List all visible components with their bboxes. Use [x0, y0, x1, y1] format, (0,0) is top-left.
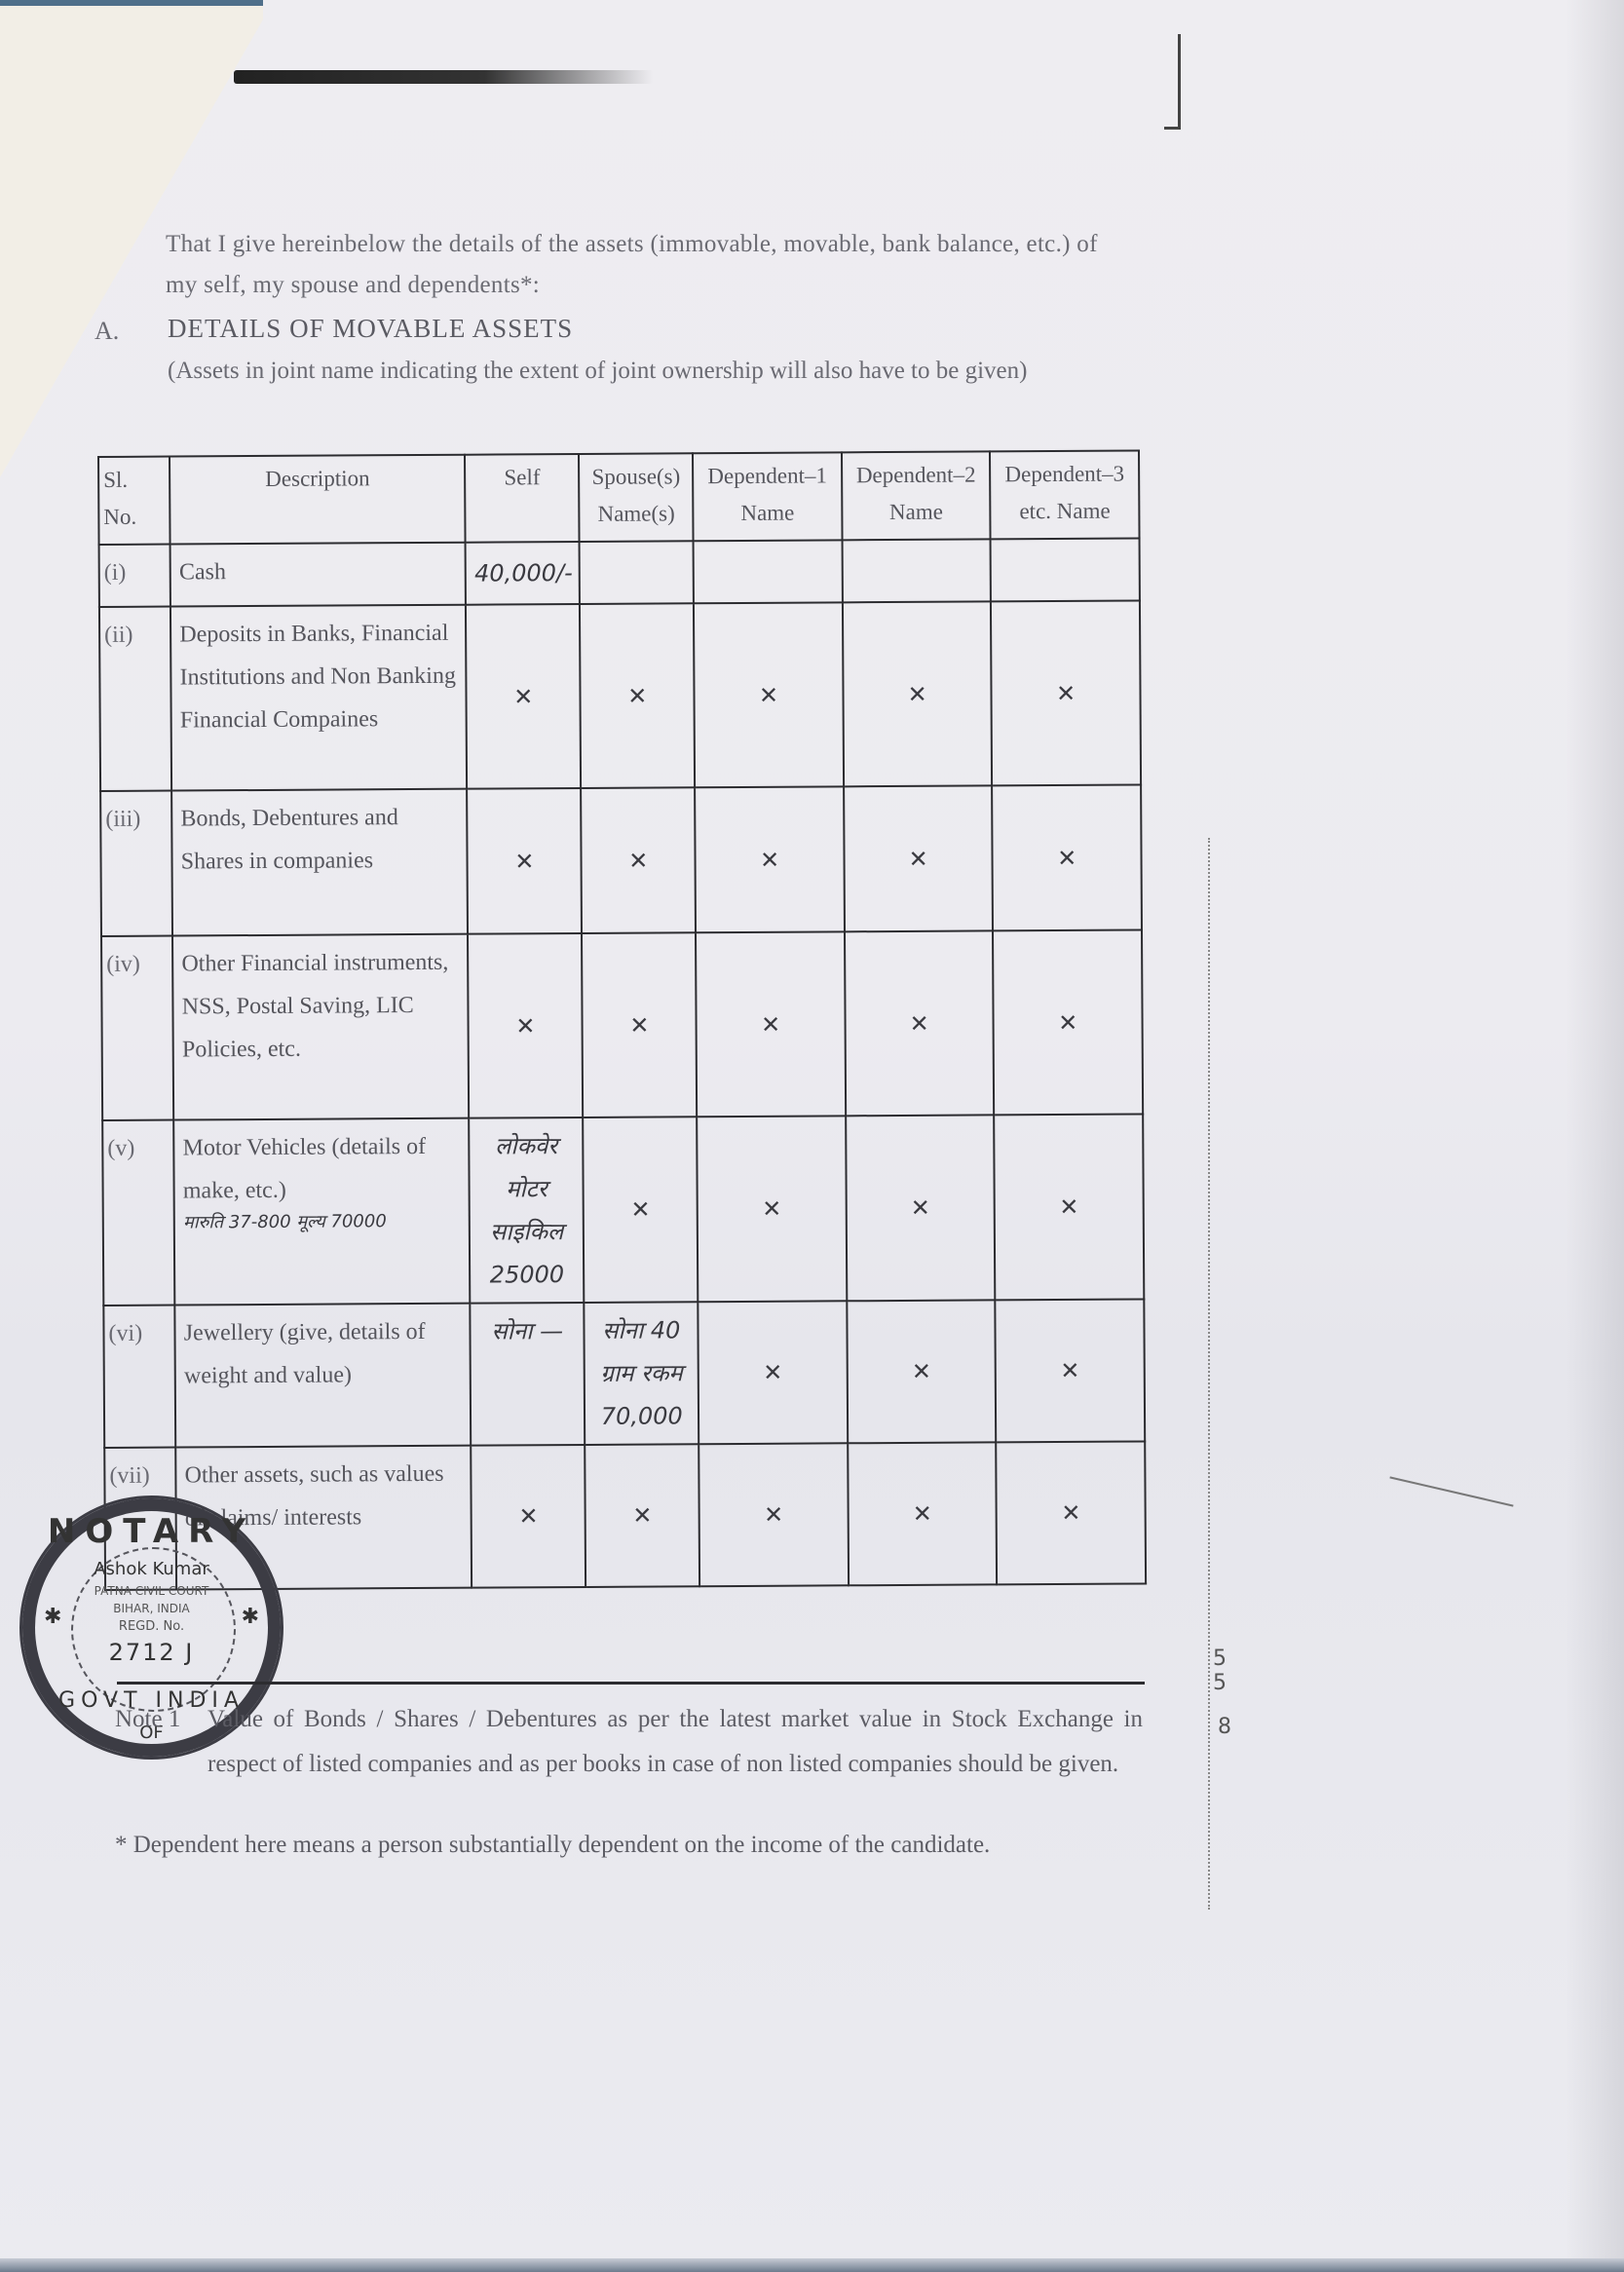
dependent-footnote: * Dependent here means a person substant… [115, 1826, 1167, 1865]
scan-bottom-edge [0, 2258, 1624, 2272]
table-row: (iv) Other Financial instruments, NSS, P… [101, 929, 1143, 1120]
cell-description: Deposits in Banks, Financial Institution… [170, 605, 467, 791]
cell-spouse: ✕ [580, 603, 695, 788]
cell-dependent-3: ✕ [991, 600, 1141, 785]
cell-self: लोकवेर मोटर साइकिल 25000 [469, 1117, 584, 1304]
cell-spouse: ✕ [585, 1444, 699, 1587]
margin-mark: 5 [1213, 1671, 1227, 1695]
star-icon: ✱ [44, 1604, 61, 1629]
intro-paragraph: That I give hereinbelow the details of t… [166, 224, 1130, 306]
stray-pen-mark [1389, 1476, 1513, 1506]
stamp-name: Ashok Kumar [22, 1559, 281, 1579]
cell-spouse [580, 541, 694, 604]
note-text: Value of Bonds / Shares / Debentures as … [208, 1697, 1143, 1787]
margin-mark: 5 [1213, 1647, 1227, 1671]
cell-dependent-3: ✕ [995, 1114, 1145, 1300]
header-spouse: Spouse(s) Name(s) [579, 453, 694, 542]
cell-dependent-3: ✕ [993, 929, 1143, 1115]
note-divider [117, 1682, 1145, 1685]
cell-dependent-2 [842, 539, 991, 602]
cell-description-text: Motor Vehicles (details of make, etc.) [182, 1134, 426, 1204]
header-sl-no: Sl. No. [98, 457, 170, 545]
cell-self: ✕ [472, 1445, 586, 1588]
cell-dependent-1: ✕ [694, 602, 844, 787]
cell-spouse: ✕ [582, 932, 697, 1117]
note-label: Note 1 [115, 1697, 208, 1742]
cell-description: Bonds, Debentures and Shares in companie… [171, 789, 468, 936]
cell-dependent-2: ✕ [844, 785, 993, 931]
scan-edge [0, 0, 263, 6]
scanned-page: 5 5 8 That I give hereinbelow the detail… [0, 0, 1624, 2272]
cell-dependent-2: ✕ [847, 1300, 996, 1443]
table-row: (i) Cash 40,000/- [99, 538, 1140, 607]
cell-self: सोना — [471, 1303, 585, 1446]
stamp-line: PATNA CIVIL COURT [22, 1584, 281, 1598]
cell-description: Other Financial instruments, NSS, Postal… [172, 934, 469, 1120]
header-dependent-3: Dependent–3 etc. Name [990, 450, 1139, 539]
cell-dependent-1: ✕ [697, 1116, 847, 1302]
section-letter: A. [94, 317, 119, 346]
cell-self: ✕ [468, 933, 583, 1118]
cell-sl: (v) [102, 1120, 174, 1306]
cell-description: Cash [170, 543, 466, 607]
table-header-row: Sl. No. Description Self Spouse(s) Name(… [98, 450, 1140, 545]
cell-dependent-2: ✕ [843, 601, 993, 786]
cell-dependent-1: ✕ [695, 786, 844, 932]
cell-dependent-3 [991, 538, 1140, 601]
page-shadow [1566, 0, 1624, 2272]
stamp-reg-number: 2712 J [22, 1639, 281, 1666]
bracket-mark [1164, 34, 1181, 130]
cell-sl: (iii) [100, 791, 172, 936]
cell-sl: (vi) [103, 1306, 175, 1448]
cell-spouse: ✕ [583, 1117, 698, 1303]
cell-dependent-3: ✕ [996, 1299, 1146, 1442]
cell-dependent-2: ✕ [848, 1442, 997, 1585]
section-title: DETAILS OF MOVABLE ASSETS [168, 314, 573, 344]
handwritten-annotation: मारुति 37-800 मूल्य 70000 [183, 1211, 461, 1234]
cell-dependent-1: ✕ [699, 1443, 848, 1586]
header-dependent-2: Dependent–2 Name [842, 451, 991, 540]
cell-dependent-3: ✕ [997, 1441, 1147, 1584]
cell-self: ✕ [466, 604, 581, 789]
fold-shadow-mark [234, 70, 653, 84]
cell-self: 40,000/- [466, 542, 580, 605]
cell-sl: (iv) [101, 936, 173, 1120]
stamp-title: NOTARY [22, 1512, 281, 1551]
cell-dependent-1: ✕ [699, 1301, 848, 1444]
header-dependent-1: Dependent–1 Name [693, 452, 842, 541]
table-row: (vi) Jewellery (give, details of weight … [103, 1299, 1145, 1448]
cell-dependent-2: ✕ [846, 1115, 996, 1301]
table-row: (v) Motor Vehicles (details of make, etc… [102, 1114, 1144, 1306]
margin-dotted-line [1208, 838, 1211, 1910]
cell-dependent-1: ✕ [696, 931, 846, 1117]
cell-self: ✕ [467, 788, 582, 934]
cell-spouse: ✕ [581, 787, 696, 933]
table-row: (iii) Bonds, Debentures and Shares in co… [100, 784, 1142, 936]
cell-sl: (i) [99, 545, 171, 607]
cell-dependent-2: ✕ [845, 930, 995, 1116]
cell-description: Motor Vehicles (details of make, etc.) म… [173, 1118, 470, 1306]
header-description: Description [170, 455, 466, 545]
header-self: Self [465, 454, 580, 543]
cell-dependent-1 [694, 540, 843, 603]
note-1: Note 1Value of Bonds / Shares / Debentur… [115, 1697, 1148, 1787]
cell-description: Jewellery (give, details of weight and v… [175, 1304, 472, 1448]
table-row: (ii) Deposits in Banks, Financial Instit… [99, 600, 1141, 791]
movable-assets-table: Sl. No. Description Self Spouse(s) Name(… [97, 449, 1147, 1591]
margin-mark: 8 [1218, 1715, 1231, 1739]
star-icon: ✱ [242, 1604, 259, 1629]
section-subtitle: (Assets in joint name indicating the ext… [168, 349, 1132, 394]
cell-dependent-3: ✕ [992, 784, 1142, 930]
cell-spouse: सोना 40 ग्राम रकम 70,000 [585, 1302, 699, 1445]
cell-sl: (ii) [99, 607, 171, 791]
